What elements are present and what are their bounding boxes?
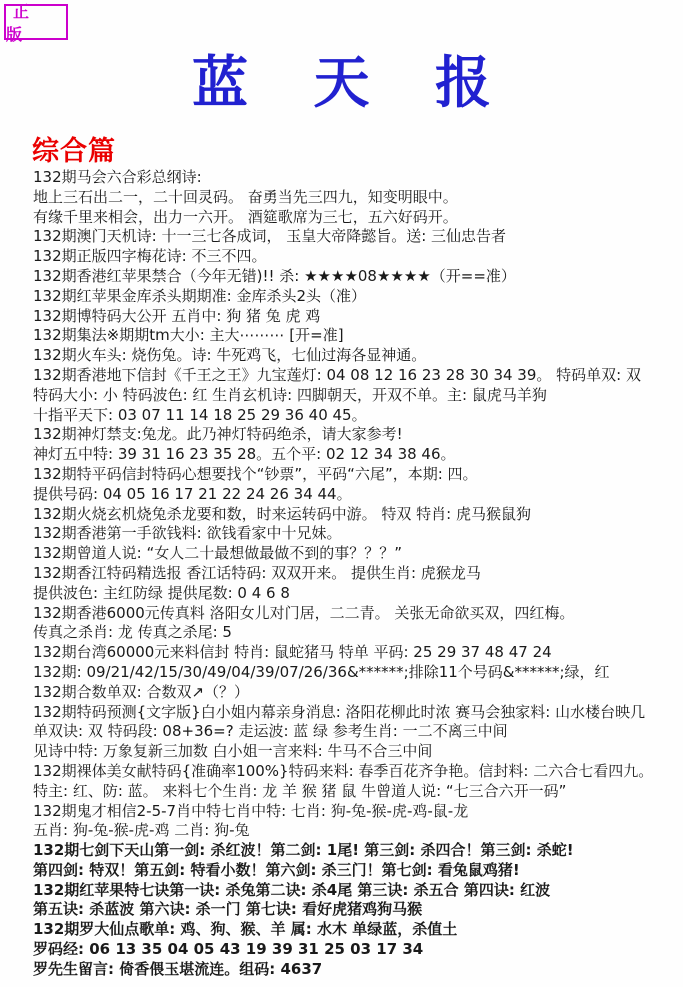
content-line: 132期集法※期期tm大小: 主大⋯⋯⋯ [开=准] — [33, 326, 681, 346]
content-line: 传真之杀肖: 龙 传真之杀尾: 5 — [33, 623, 681, 643]
content-line: 132期正版四字梅花诗: 不三不四。 — [33, 247, 681, 267]
newspaper-page: 正 版 蓝 天 报 综合篇 132期马会六合彩总纲诗:地上三石出二一，二十回灵码… — [0, 0, 683, 987]
content-line: 132期澳门天机诗: 十一三七各成词， 玉皇大帝降懿旨。送: 三仙忠告者 — [33, 227, 681, 247]
content-line: 132期裸体美女献特码{准确率100%}特码来料: 春季百花齐争艳。信封料: 二… — [33, 762, 681, 782]
content-line: 提供号码: 04 05 16 17 21 22 24 26 34 44。 — [33, 485, 681, 505]
content-line: 132期红苹果金库杀头期期准: 金库杀头2头（准） — [33, 287, 681, 307]
content-line: 132期火车头: 烧伤兔。诗: 牛死鸡飞，七仙过海各显神通。 — [33, 346, 681, 366]
content-line: 132期罗大仙点歌单: 鸡、狗、猴、羊 属: 水木 单绿蓝，杀值土 — [33, 920, 681, 940]
content-line: 132期火烧玄机烧兔杀龙要和数，时来运转码中游。 特双 特肖: 虎马猴鼠狗 — [33, 505, 681, 525]
content-line: 132期香港6000元传真料 洛阳女儿对门居，二二青。 关张无命欲买双，四红梅。 — [33, 604, 681, 624]
content-line: 132期马会六合彩总纲诗: — [33, 168, 681, 188]
content-line: 132期神灯禁支:兔龙。此乃神灯特码绝杀，请大家参考! — [33, 425, 681, 445]
content-line: 132期曾道人说: “女人二十最想做最做不到的事？？？” — [33, 544, 681, 564]
content-line: 单双诀: 双 特码段: 08+36=? 走运波: 蓝 绿 参考生肖: 一二不离三… — [33, 722, 681, 742]
content-line: 132期香港地下信封《千王之王》九宝莲灯: 04 08 12 16 23 28 … — [33, 366, 681, 386]
content-line: 132期: 09/21/42/15/30/49/04/39/07/26/36&*… — [33, 663, 681, 683]
content-line: 132期特平码信封特码心想要找个“钞票”，平码“六尾”，本期: 四。 — [33, 465, 681, 485]
content-line: 见诗中特: 万象复新三加数 白小姐一言来料: 牛马不合三中间 — [33, 742, 681, 762]
stamp-label: 正 版 — [6, 0, 66, 45]
content-line: 五肖: 狗-兔-猴-虎-鸡 二肖: 狗-兔 — [33, 821, 681, 841]
section-header: 综合篇 — [32, 129, 116, 168]
content-line: 132期合数单双: 合数双↗（？） — [33, 683, 681, 703]
content-line: 罗先生留言: 倚香偎玉堪流连。组码: 4637 — [33, 960, 681, 980]
content-line: 十指平天下: 03 07 11 14 18 25 29 36 40 45。 — [33, 406, 681, 426]
content-line: 罗码经: 06 13 35 04 05 43 19 39 31 25 03 17… — [33, 940, 681, 960]
content-line: 132期香港红苹果禁合（今年无错)!! 杀: ★★★★08★★★★（开==准） — [33, 267, 681, 287]
content-line: 提供波色: 主红防绿 提供尾数: 0 4 6 8 — [33, 584, 681, 604]
genuine-edition-stamp: 正 版 — [4, 4, 68, 40]
content-line: 有缘千里来相会，出力一六开。 酒筵歌席为三七，五六好码开。 — [33, 208, 681, 228]
content-line: 神灯五中特: 39 31 16 23 35 28。五个平: 02 12 34 3… — [33, 445, 681, 465]
content-line: 第四剑: 特双！第五剑: 特看小数！第六剑: 杀三门！第七剑: 看兔鼠鸡猪! — [33, 861, 681, 881]
content-line: 特码大小: 小 特码波色: 红 生肖玄机诗: 四脚朝天，开双不单。主: 鼠虎马羊… — [33, 386, 681, 406]
content-line: 132期七剑下天山第一剑: 杀红波！第二剑: 1尾! 第三剑: 杀四合！第三剑:… — [33, 841, 681, 861]
content-line: 132期红苹果特七诀第一诀: 杀兔第二诀: 杀4尾 第三诀: 杀五合 第四诀: … — [33, 881, 681, 901]
content-line: 第五诀: 杀蓝波 第六诀: 杀一门 第七诀: 看好虎猪鸡狗马猴 — [33, 900, 681, 920]
content-line: 132期特码预测{文字版}白小姐内幕亲身消息: 洛阳花柳此时浓 赛马会独家料: … — [33, 703, 681, 723]
content-line: 地上三石出二一，二十回灵码。 奋勇当先三四九，知变明眼中。 — [33, 188, 681, 208]
content-line: 特主: 红、防: 蓝。 来料七个生肖: 龙 羊 猴 猪 鼠 牛曾道人说: “七三… — [33, 782, 681, 802]
content-line: 132期香江特码精选报 香江话特码: 双双开来。 提供生肖: 虎猴龙马 — [33, 564, 681, 584]
content-lines: 132期马会六合彩总纲诗:地上三石出二一，二十回灵码。 奋勇当先三四九，知变明眼… — [33, 168, 681, 980]
page-title: 蓝 天 报 — [0, 50, 683, 117]
content-line: 132期博特码大公开 五肖中: 狗 猪 兔 虎 鸡 — [33, 307, 681, 327]
content-line: 132期台湾60000元来料信封 特肖: 鼠蛇猪马 特单 平码: 25 29 3… — [33, 643, 681, 663]
content-line: 132期香港第一手欲钱料: 欲钱看家中十兄妹。 — [33, 524, 681, 544]
content-line: 132期鬼才相信2-5-7肖中特七肖中特: 七肖: 狗-兔-猴-虎-鸡-鼠-龙 — [33, 802, 681, 822]
